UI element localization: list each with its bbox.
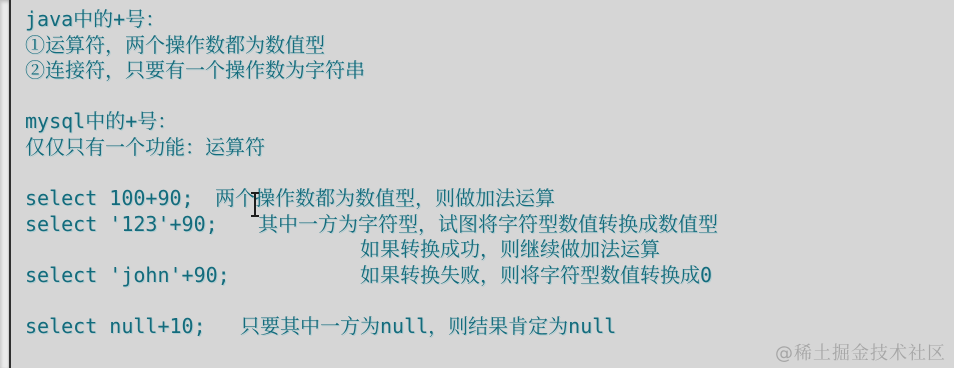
- text-line: java中的+号：: [25, 7, 954, 33]
- notes-screen: java中的+号：①运算符，两个操作数都为数值型②连接符，只要有一个操作数为字符…: [0, 0, 954, 368]
- text-line: mysql中的+号：: [25, 109, 954, 135]
- text-line: select 'john'+90;如果转换失败，则将字符型数值转换成0: [25, 263, 954, 289]
- text-line: 仅仅只有一个功能：运算符: [25, 135, 954, 161]
- text-cursor-ibeam-icon: [250, 192, 260, 217]
- ibeam-bottom-serif: [251, 215, 259, 217]
- note-text: ②连接符，只要有一个操作数为字符串: [25, 58, 365, 82]
- note-text: mysql中的+号：: [25, 109, 177, 133]
- text-line: select '123'+90;其中一方为字符型，试图将字符型数值转换成数值型: [25, 212, 954, 238]
- text-line: [25, 161, 954, 187]
- note-text: 仅仅只有一个功能：运算符: [25, 135, 265, 159]
- note-text: java中的+号：: [25, 7, 165, 31]
- annotation-text: 两个操作数都为数值型，则做加法运算: [215, 186, 555, 212]
- text-line: 如果转换成功，则继续做加法运算: [25, 237, 954, 263]
- ibeam-bar: [254, 192, 256, 217]
- sql-code-text: select '123'+90;: [25, 212, 218, 236]
- note-text: ①运算符，两个操作数都为数值型: [25, 33, 325, 57]
- left-divider-line: [9, 0, 11, 368]
- annotation-text: 如果转换失败，则将字符型数值转换成0: [360, 263, 712, 289]
- text-line: ②连接符，只要有一个操作数为字符串: [25, 58, 954, 84]
- sql-code-text: select 100+90;: [25, 186, 194, 210]
- left-gutter: [0, 0, 9, 368]
- text-line: [25, 289, 954, 315]
- notes-text-area[interactable]: java中的+号：①运算符，两个操作数都为数值型②连接符，只要有一个操作数为字符…: [25, 7, 954, 340]
- text-line: ①运算符，两个操作数都为数值型: [25, 33, 954, 59]
- annotation-text: 如果转换成功，则继续做加法运算: [360, 237, 660, 263]
- sql-code-text: select null+10;: [25, 314, 206, 338]
- text-line: select 100+90;两个操作数都为数值型，则做加法运算: [25, 186, 954, 212]
- sql-code-text: select 'john'+90;: [25, 263, 230, 287]
- watermark-text: @稀土掘金技术社区: [775, 339, 946, 365]
- annotation-text: 只要其中一方为null，则结果肯定为null: [240, 314, 616, 340]
- text-line: [25, 84, 954, 110]
- text-line: select null+10;只要其中一方为null，则结果肯定为null: [25, 314, 954, 340]
- annotation-text: 其中一方为字符型，试图将字符型数值转换成数值型: [258, 212, 718, 238]
